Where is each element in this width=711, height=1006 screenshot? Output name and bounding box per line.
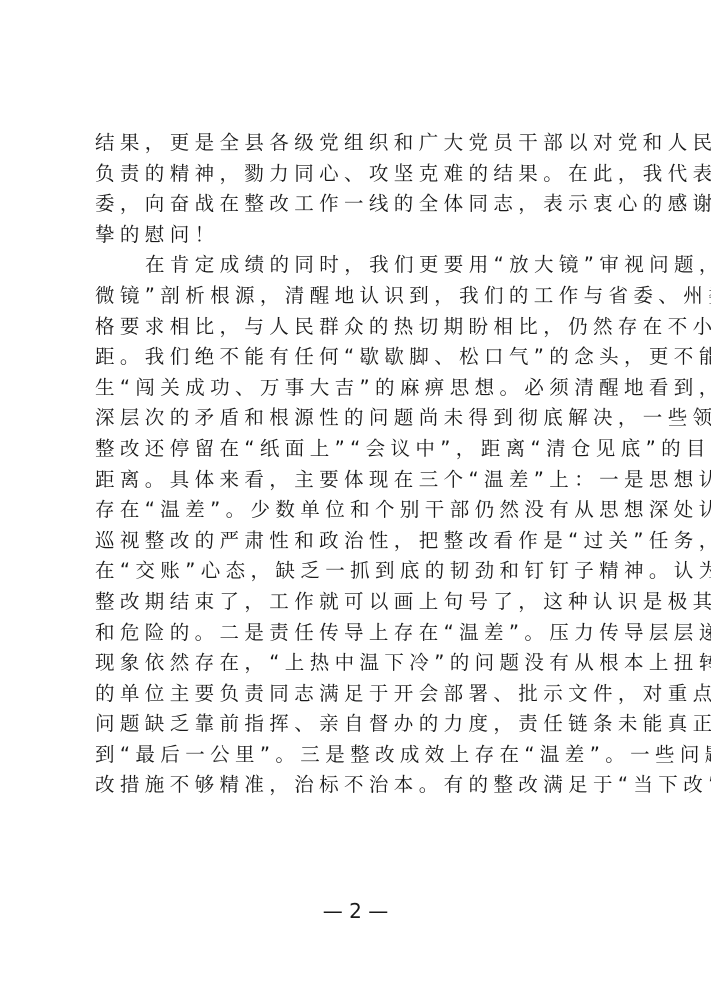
text-line: 整改还停留在“纸面上”“会议中”，距离“清仓见底”的目标还有: [95, 434, 623, 465]
text-line: 委，向奋战在整改工作一线的全体同志，表示衷心的感谢和诚: [95, 189, 623, 220]
text-line: 在“交账”心态，缺乏一抓到底的韧劲和钉钉子精神。认为集中: [95, 556, 623, 587]
text-line: 和危险的。二是责任传导上存在“温差”。压力传导层层递减的: [95, 618, 623, 649]
text-line: 改措施不够精准，治标不治本。有的整改满足于“当下改”，缺: [95, 770, 623, 801]
text-line: 微镜”剖析根源，清醒地认识到，我们的工作与省委、州委的严: [95, 281, 623, 312]
text-line: 到“最后一公里”。三是整改成效上存在“温差”。一些问题的整: [95, 740, 623, 771]
text-line: 巡视整改的严肃性和政治性，把整改看作是“过关”任务，存: [95, 526, 623, 557]
paragraph-1: 结果，更是全县各级党组织和广大党员干部以对党和人民高度 负责的精神，勠力同心、攻…: [95, 128, 623, 250]
document-page: 结果，更是全县各级党组织和广大党员干部以对党和人民高度 负责的精神，勠力同心、攻…: [0, 0, 711, 1006]
text-line: 问题缺乏靠前指挥、亲自督办的力度，责任链条未能真正压实: [95, 709, 623, 740]
text-line: 生“闯关成功、万事大吉”的麻痹思想。必须清醒地看到，一些: [95, 373, 623, 404]
text-line: 在肯定成绩的同时，我们更要用“放大镜”审视问题，用“显: [95, 250, 623, 281]
text-line: 距离。具体来看，主要体现在三个“温差”上：一是思想认识上: [95, 465, 623, 496]
page-number: — 2 —: [0, 899, 711, 923]
text-line: 挚的慰问！: [95, 220, 623, 251]
text-line: 的单位主要负责同志满足于开会部署、批示文件，对重点难点: [95, 679, 623, 710]
text-line: 现象依然存在，“上热中温下冷”的问题没有从根本上扭转。有: [95, 648, 623, 679]
text-line: 距。我们绝不能有任何“歇歇脚、松口气”的念头，更不能产: [95, 342, 623, 373]
text-line: 整改期结束了，工作就可以画上句号了，这种认识是极其错误: [95, 587, 623, 618]
text-line: 深层次的矛盾和根源性的问题尚未得到彻底解决，一些领域的: [95, 403, 623, 434]
text-line: 结果，更是全县各级党组织和广大党员干部以对党和人民高度: [95, 128, 623, 159]
text-line: 格要求相比，与人民群众的热切期盼相比，仍然存在不小的差: [95, 312, 623, 343]
text-line: 存在“温差”。少数单位和个别干部仍然没有从思想深处认识到: [95, 495, 623, 526]
paragraph-2: 在肯定成绩的同时，我们更要用“放大镜”审视问题，用“显 微镜”剖析根源，清醒地认…: [95, 250, 623, 801]
text-line: 负责的精神，勠力同心、攻坚克难的结果。在此，我代表县: [95, 159, 623, 190]
body-text: 结果，更是全县各级党组织和广大党员干部以对党和人民高度 负责的精神，勠力同心、攻…: [95, 128, 623, 801]
